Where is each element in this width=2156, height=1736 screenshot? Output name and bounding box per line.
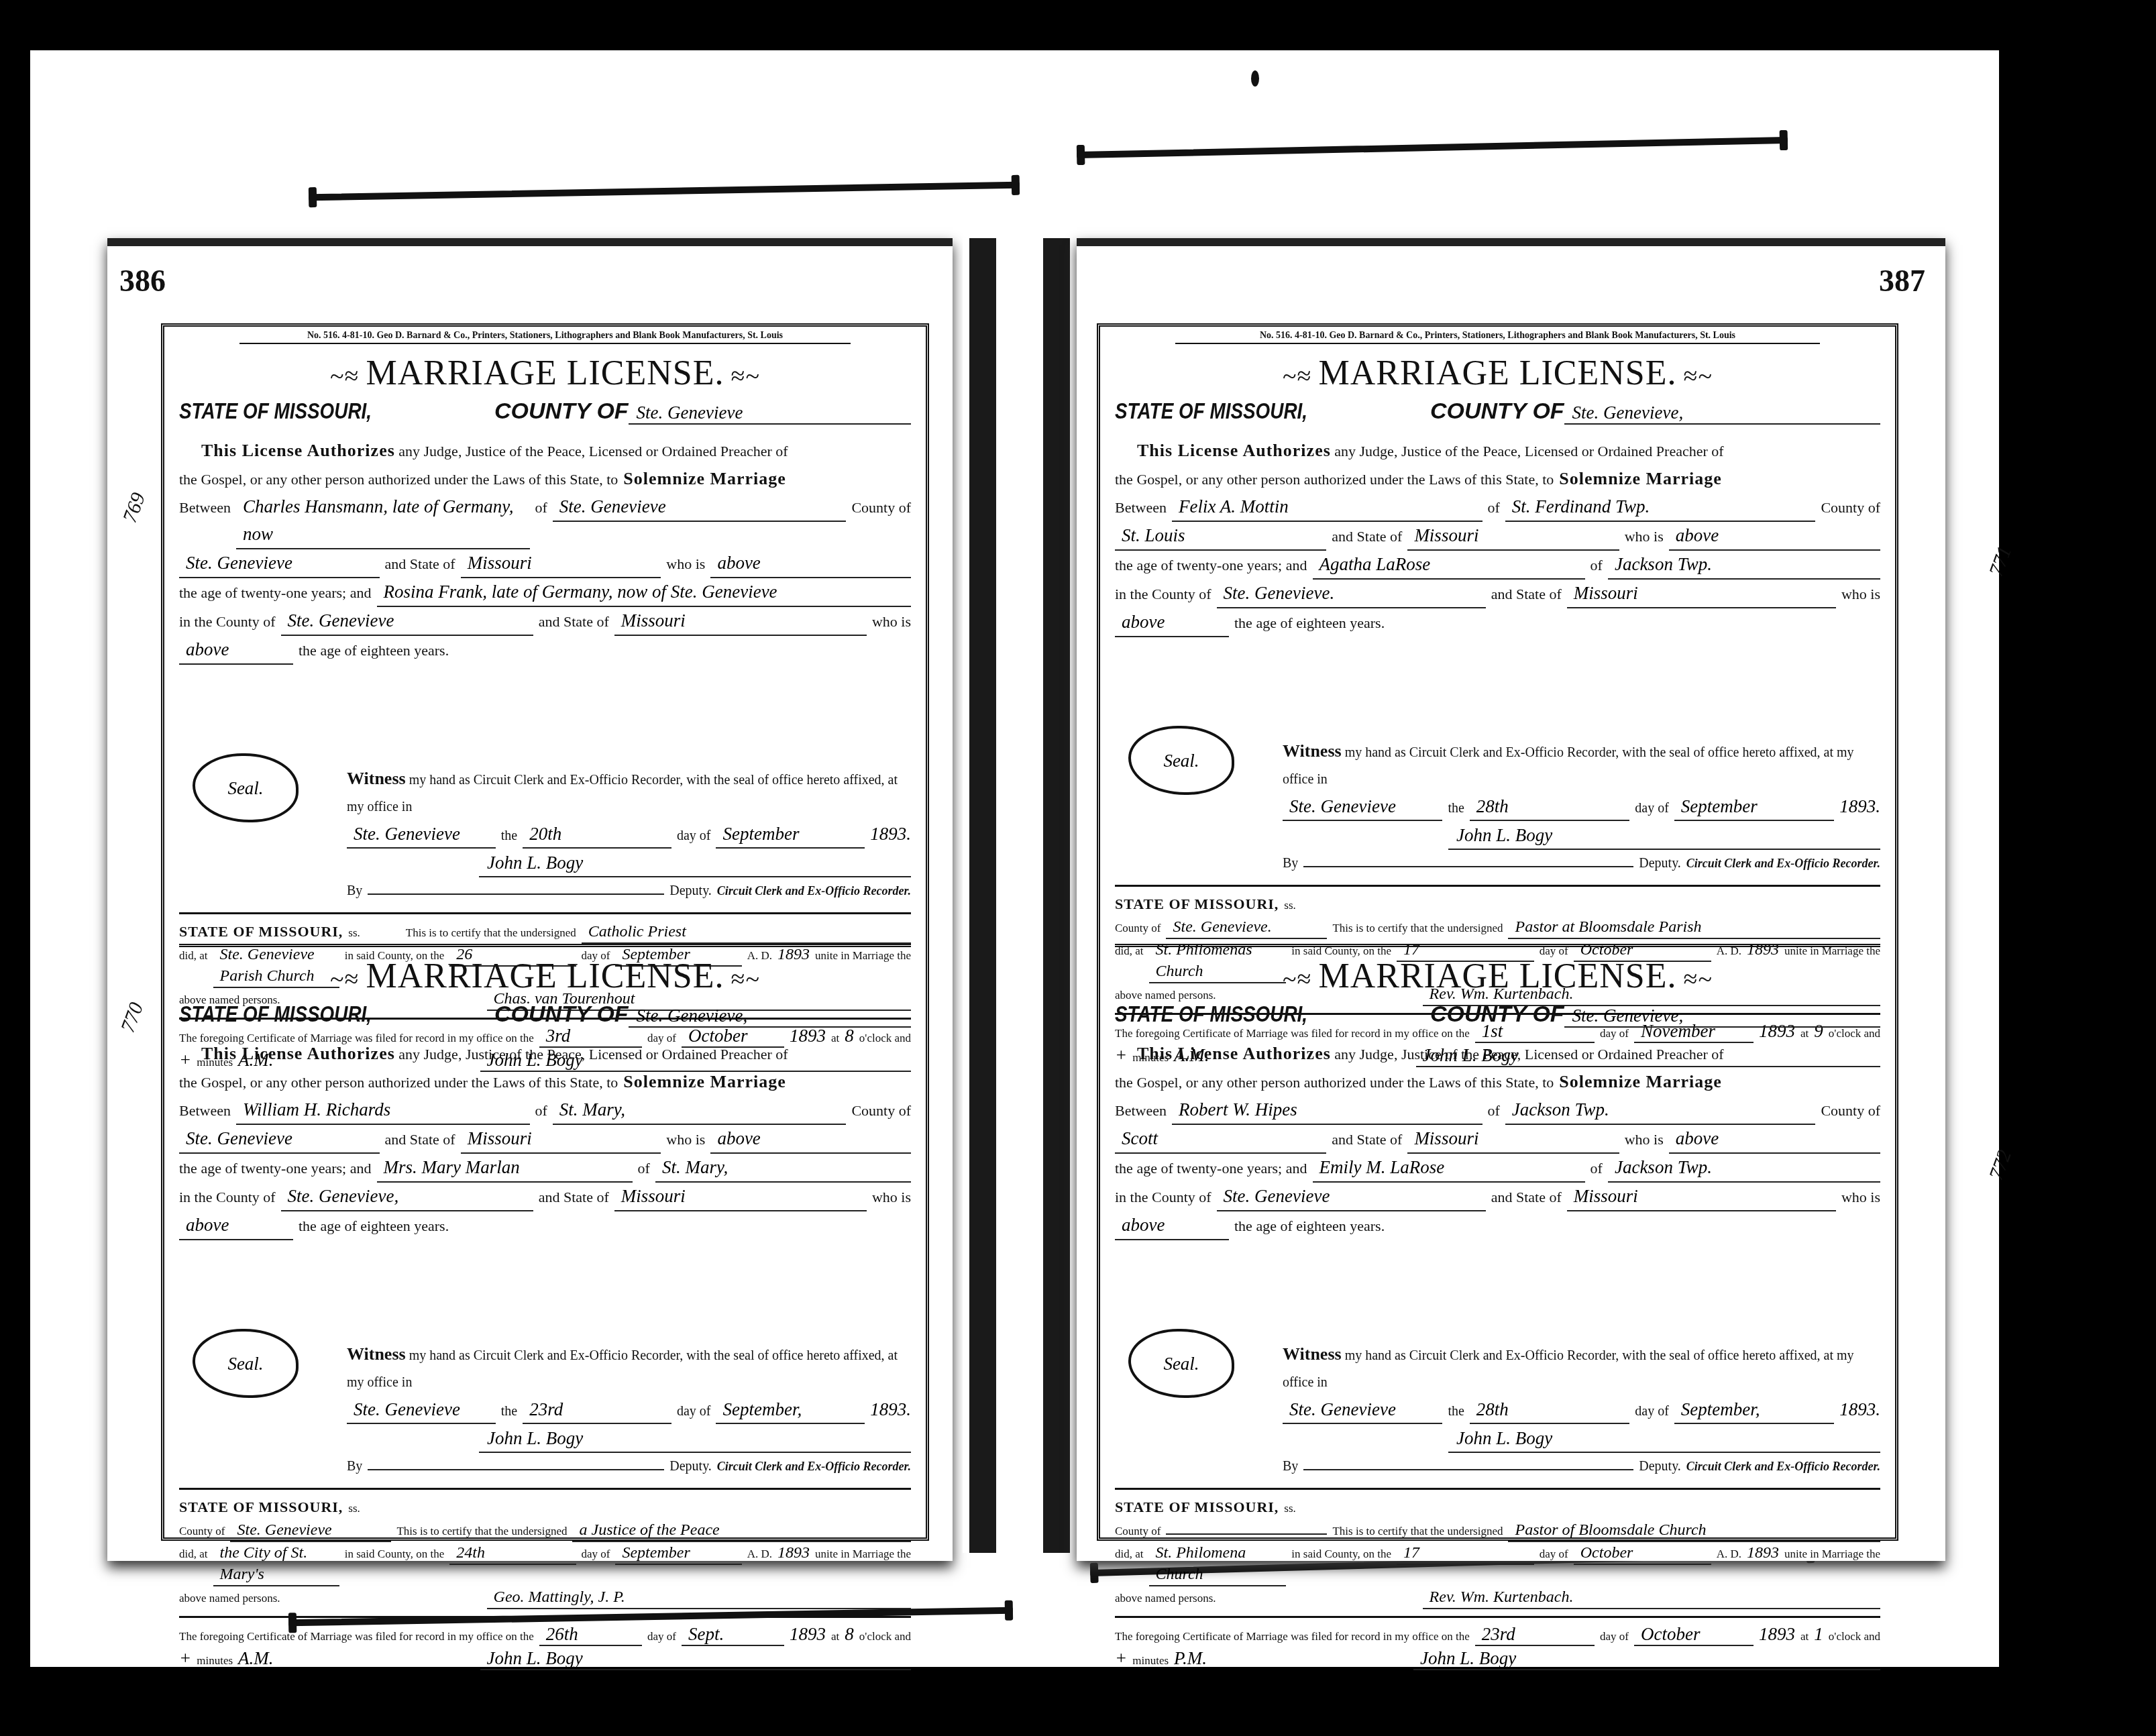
witness-block: Seal. Witness my hand as Circuit Clerk a… — [179, 1341, 911, 1480]
officiant-title: a Justice of the Peace — [572, 1519, 911, 1542]
flourish-icon: ≈~ — [1684, 965, 1713, 993]
groom-county: Scott — [1115, 1125, 1326, 1154]
page-left: 386 No. 516. 4-81-10. Geo D. Barnard & C… — [107, 238, 953, 1561]
county-label: COUNTY OF — [1430, 398, 1564, 425]
bride-residence: Jackson Twp. — [1608, 1154, 1880, 1183]
filed-hour: 1 — [1814, 1623, 1823, 1645]
bride-county: Ste. Genevieve, — [281, 1183, 533, 1211]
bride-state: Missouri — [614, 607, 867, 636]
ceremony-month: October — [1574, 1542, 1711, 1565]
clerk-signature: John L. Bogy — [479, 1425, 911, 1453]
officiant-title: Catholic Priest — [582, 921, 911, 944]
page-number: 387 — [1879, 263, 1925, 299]
form-frame: No. 516. 4-81-10. Geo D. Barnard & Co., … — [161, 323, 929, 1541]
bride-county: Ste. Genevieve. — [1217, 580, 1486, 608]
seal-icon: Seal. — [1128, 1329, 1234, 1398]
license-title: ~≈MARRIAGE LICENSE.≈~ — [1115, 957, 1880, 996]
filed-day: 26th — [539, 1623, 642, 1646]
page-number: 386 — [119, 263, 166, 299]
filed-day: 23rd — [1475, 1623, 1595, 1646]
license-title: ~≈MARRIAGE LICENSE.≈~ — [1115, 354, 1880, 393]
ceremony-day: 17 — [1397, 1542, 1534, 1565]
bride-age: above — [1115, 1211, 1229, 1240]
groom-age: above — [710, 549, 911, 578]
groom-age: above — [1669, 522, 1880, 551]
groom-age: above — [710, 1125, 911, 1154]
witness-day: 28th — [1470, 793, 1629, 821]
spine-left — [969, 238, 996, 1553]
seal-icon: Seal. — [1128, 726, 1234, 795]
county-label: COUNTY OF — [494, 1001, 629, 1028]
bride-age: above — [179, 636, 293, 665]
bride-state: Missouri — [614, 1183, 867, 1211]
flourish-icon: ~≈ — [1283, 362, 1311, 390]
ceremony-year: 1893 — [777, 1542, 810, 1564]
cert-county — [1166, 1533, 1327, 1535]
state-label: STATE OF MISSOURI, — [1115, 1001, 1352, 1028]
license-body: This License Authorizes any Judge, Justi… — [179, 437, 911, 665]
county-value: Ste. Genevieve, — [1564, 1006, 1880, 1028]
clerk-signature: John L. Bogy — [1448, 1425, 1880, 1453]
speck — [1251, 70, 1259, 87]
top-ruler-left — [309, 182, 1020, 201]
ceremony-day: 24th — [449, 1542, 576, 1565]
officiant-signature: Geo. Mattingly, J. P. — [487, 1586, 911, 1609]
marriage-license: ~≈MARRIAGE LICENSE.≈~ STATE OF MISSOURI,… — [1115, 944, 1880, 1537]
ceremony-year: 1893 — [1747, 1542, 1779, 1564]
filing-block: The foregoing Certificate of Marriage wa… — [179, 1616, 911, 1672]
groom-residence: St. Ferdinand Twp. — [1505, 493, 1816, 522]
filed-month: October — [1634, 1623, 1754, 1646]
witness-month: September — [1674, 793, 1834, 821]
witness-month: September — [716, 820, 865, 849]
county-value: Ste. Genevieve, — [1564, 402, 1880, 425]
groom-state: Missouri — [461, 549, 661, 578]
flourish-icon: ~≈ — [330, 362, 359, 390]
county-value: Ste. Genevieve — [629, 402, 911, 425]
groom-residence: St. Mary, — [553, 1096, 847, 1125]
witness-day: 23rd — [523, 1396, 671, 1424]
witness-place: Ste. Genevieve — [1283, 1396, 1442, 1424]
marriage-license: ~≈MARRIAGE LICENSE.≈~ STATE OF MISSOURI,… — [179, 944, 911, 1537]
license-title: ~≈MARRIAGE LICENSE.≈~ — [179, 354, 911, 393]
groom-state: Missouri — [1407, 1125, 1619, 1154]
groom-name: Felix A. Mottin — [1172, 493, 1483, 522]
witness-year: 1893. — [1839, 793, 1880, 820]
marriage-license: ~≈MARRIAGE LICENSE.≈~ STATE OF MISSOURI,… — [1115, 354, 1880, 944]
printer-imprint: No. 516. 4-81-10. Geo D. Barnard & Co., … — [239, 327, 851, 344]
witness-block: Seal. Witness my hand as Circuit Clerk a… — [1115, 1341, 1880, 1480]
bride-name: Emily M. LaRose — [1313, 1154, 1585, 1183]
groom-county: Ste. Genevieve — [179, 1125, 380, 1154]
county-label: COUNTY OF — [1430, 1001, 1564, 1028]
witness-place: Ste. Genevieve — [347, 820, 496, 849]
clerk-signature: John L. Bogy — [479, 849, 911, 877]
bride-state: Missouri — [1567, 580, 1836, 608]
top-ruler-right — [1077, 137, 1788, 158]
groom-state: Missouri — [461, 1125, 661, 1154]
witness-month: September, — [1674, 1396, 1834, 1424]
groom-county: Ste. Genevieve — [179, 549, 380, 578]
witness-place: Ste. Genevieve — [347, 1396, 496, 1424]
bride-name: Agatha LaRose — [1313, 551, 1585, 580]
form-frame: No. 516. 4-81-10. Geo D. Barnard & Co., … — [1097, 323, 1898, 1541]
clerk-signature: John L. Bogy — [1448, 822, 1880, 850]
witness-year: 1893. — [870, 1396, 911, 1423]
officiant-signature: Rev. Wm. Kurtenbach. — [1423, 1586, 1880, 1609]
groom-state: Missouri — [1407, 522, 1619, 551]
flourish-icon: ≈~ — [731, 362, 760, 390]
ceremony-place: St. Philomena Church — [1149, 1542, 1287, 1586]
groom-residence: Jackson Twp. — [1505, 1096, 1816, 1125]
filed-month: Sept. — [682, 1623, 784, 1646]
state-label: STATE OF MISSOURI, — [179, 398, 416, 425]
marriage-license: ~≈MARRIAGE LICENSE.≈~ STATE OF MISSOURI,… — [179, 354, 911, 944]
book-gutter — [963, 238, 1077, 1553]
bride-age: above — [1115, 608, 1229, 637]
license-title: ~≈MARRIAGE LICENSE.≈~ — [179, 957, 911, 996]
seal-icon: Seal. — [193, 753, 299, 822]
witness-year: 1893. — [870, 820, 911, 847]
county-value: Ste. Genevieve, — [629, 1006, 911, 1028]
witness-place: Ste. Genevieve — [1283, 793, 1442, 821]
flourish-icon: ≈~ — [731, 965, 760, 993]
spine-right — [1043, 238, 1070, 1553]
officiant-title: Pastor at Bloomsdale Parish — [1508, 916, 1880, 939]
filing-block: The foregoing Certificate of Marriage wa… — [1115, 1616, 1880, 1672]
bride-age: above — [179, 1211, 293, 1240]
groom-name: Charles Hansmann, late of Germany, now — [236, 493, 530, 549]
groom-age: above — [1669, 1125, 1880, 1154]
bride-name: Rosina Frank, late of Germany, now of St… — [377, 578, 912, 607]
flourish-icon: ≈~ — [1684, 362, 1713, 390]
filed-hour: 8 — [845, 1623, 854, 1645]
county-label: COUNTY OF — [494, 398, 629, 425]
groom-county: St. Louis — [1115, 522, 1326, 551]
certificate-block: STATE OF MISSOURI,ss. County ofSte. Gene… — [179, 1488, 911, 1609]
witness-day: 20th — [523, 820, 671, 849]
witness-block: Seal. Witness my hand as Circuit Clerk a… — [179, 765, 911, 904]
license-body: This License Authorizes any Judge, Justi… — [179, 1040, 911, 1240]
certificate-block: STATE OF MISSOURI,ss. County ofThis is t… — [1115, 1488, 1880, 1609]
bride-county: Ste. Genevieve — [281, 607, 533, 636]
groom-residence: Ste. Genevieve — [553, 493, 847, 522]
cert-county: Ste. Genevieve. — [1166, 916, 1327, 939]
license-body: This License Authorizes any Judge, Justi… — [1115, 437, 1880, 637]
bride-county: Ste. Genevieve — [1217, 1183, 1486, 1211]
seal-icon: Seal. — [193, 1329, 299, 1398]
bride-residence: Jackson Twp. — [1608, 551, 1880, 580]
witness-month: September, — [716, 1396, 865, 1424]
cert-county: Ste. Genevieve — [230, 1519, 391, 1542]
witness-year: 1893. — [1839, 1396, 1880, 1423]
flourish-icon: ~≈ — [330, 965, 359, 993]
groom-name: Robert W. Hipes — [1172, 1096, 1483, 1125]
bride-residence: St. Mary, — [655, 1154, 911, 1183]
page-right: 387 No. 516. 4-81-10. Geo D. Barnard & C… — [1077, 238, 1945, 1561]
groom-name: William H. Richards — [236, 1096, 530, 1125]
filed-signature: John L. Bogy — [480, 1647, 911, 1670]
printer-imprint: No. 516. 4-81-10. Geo D. Barnard & Co., … — [1175, 327, 1820, 344]
state-label: STATE OF MISSOURI, — [179, 1001, 416, 1028]
ceremony-place: the City of St. Mary's — [213, 1542, 339, 1586]
witness-block: Seal. Witness my hand as Circuit Clerk a… — [1115, 738, 1880, 877]
bride-state: Missouri — [1567, 1183, 1836, 1211]
witness-day: 28th — [1470, 1396, 1629, 1424]
officiant-title: Pastor of Bloomsdale Church — [1508, 1519, 1880, 1542]
license-body: This License Authorizes any Judge, Justi… — [1115, 1040, 1880, 1240]
ceremony-month: September — [615, 1542, 741, 1565]
bride-name: Mrs. Mary Marlan — [377, 1154, 633, 1183]
filed-signature: John L. Bogy — [1413, 1647, 1880, 1670]
state-label: STATE OF MISSOURI, — [1115, 398, 1352, 425]
flourish-icon: ~≈ — [1283, 965, 1311, 993]
